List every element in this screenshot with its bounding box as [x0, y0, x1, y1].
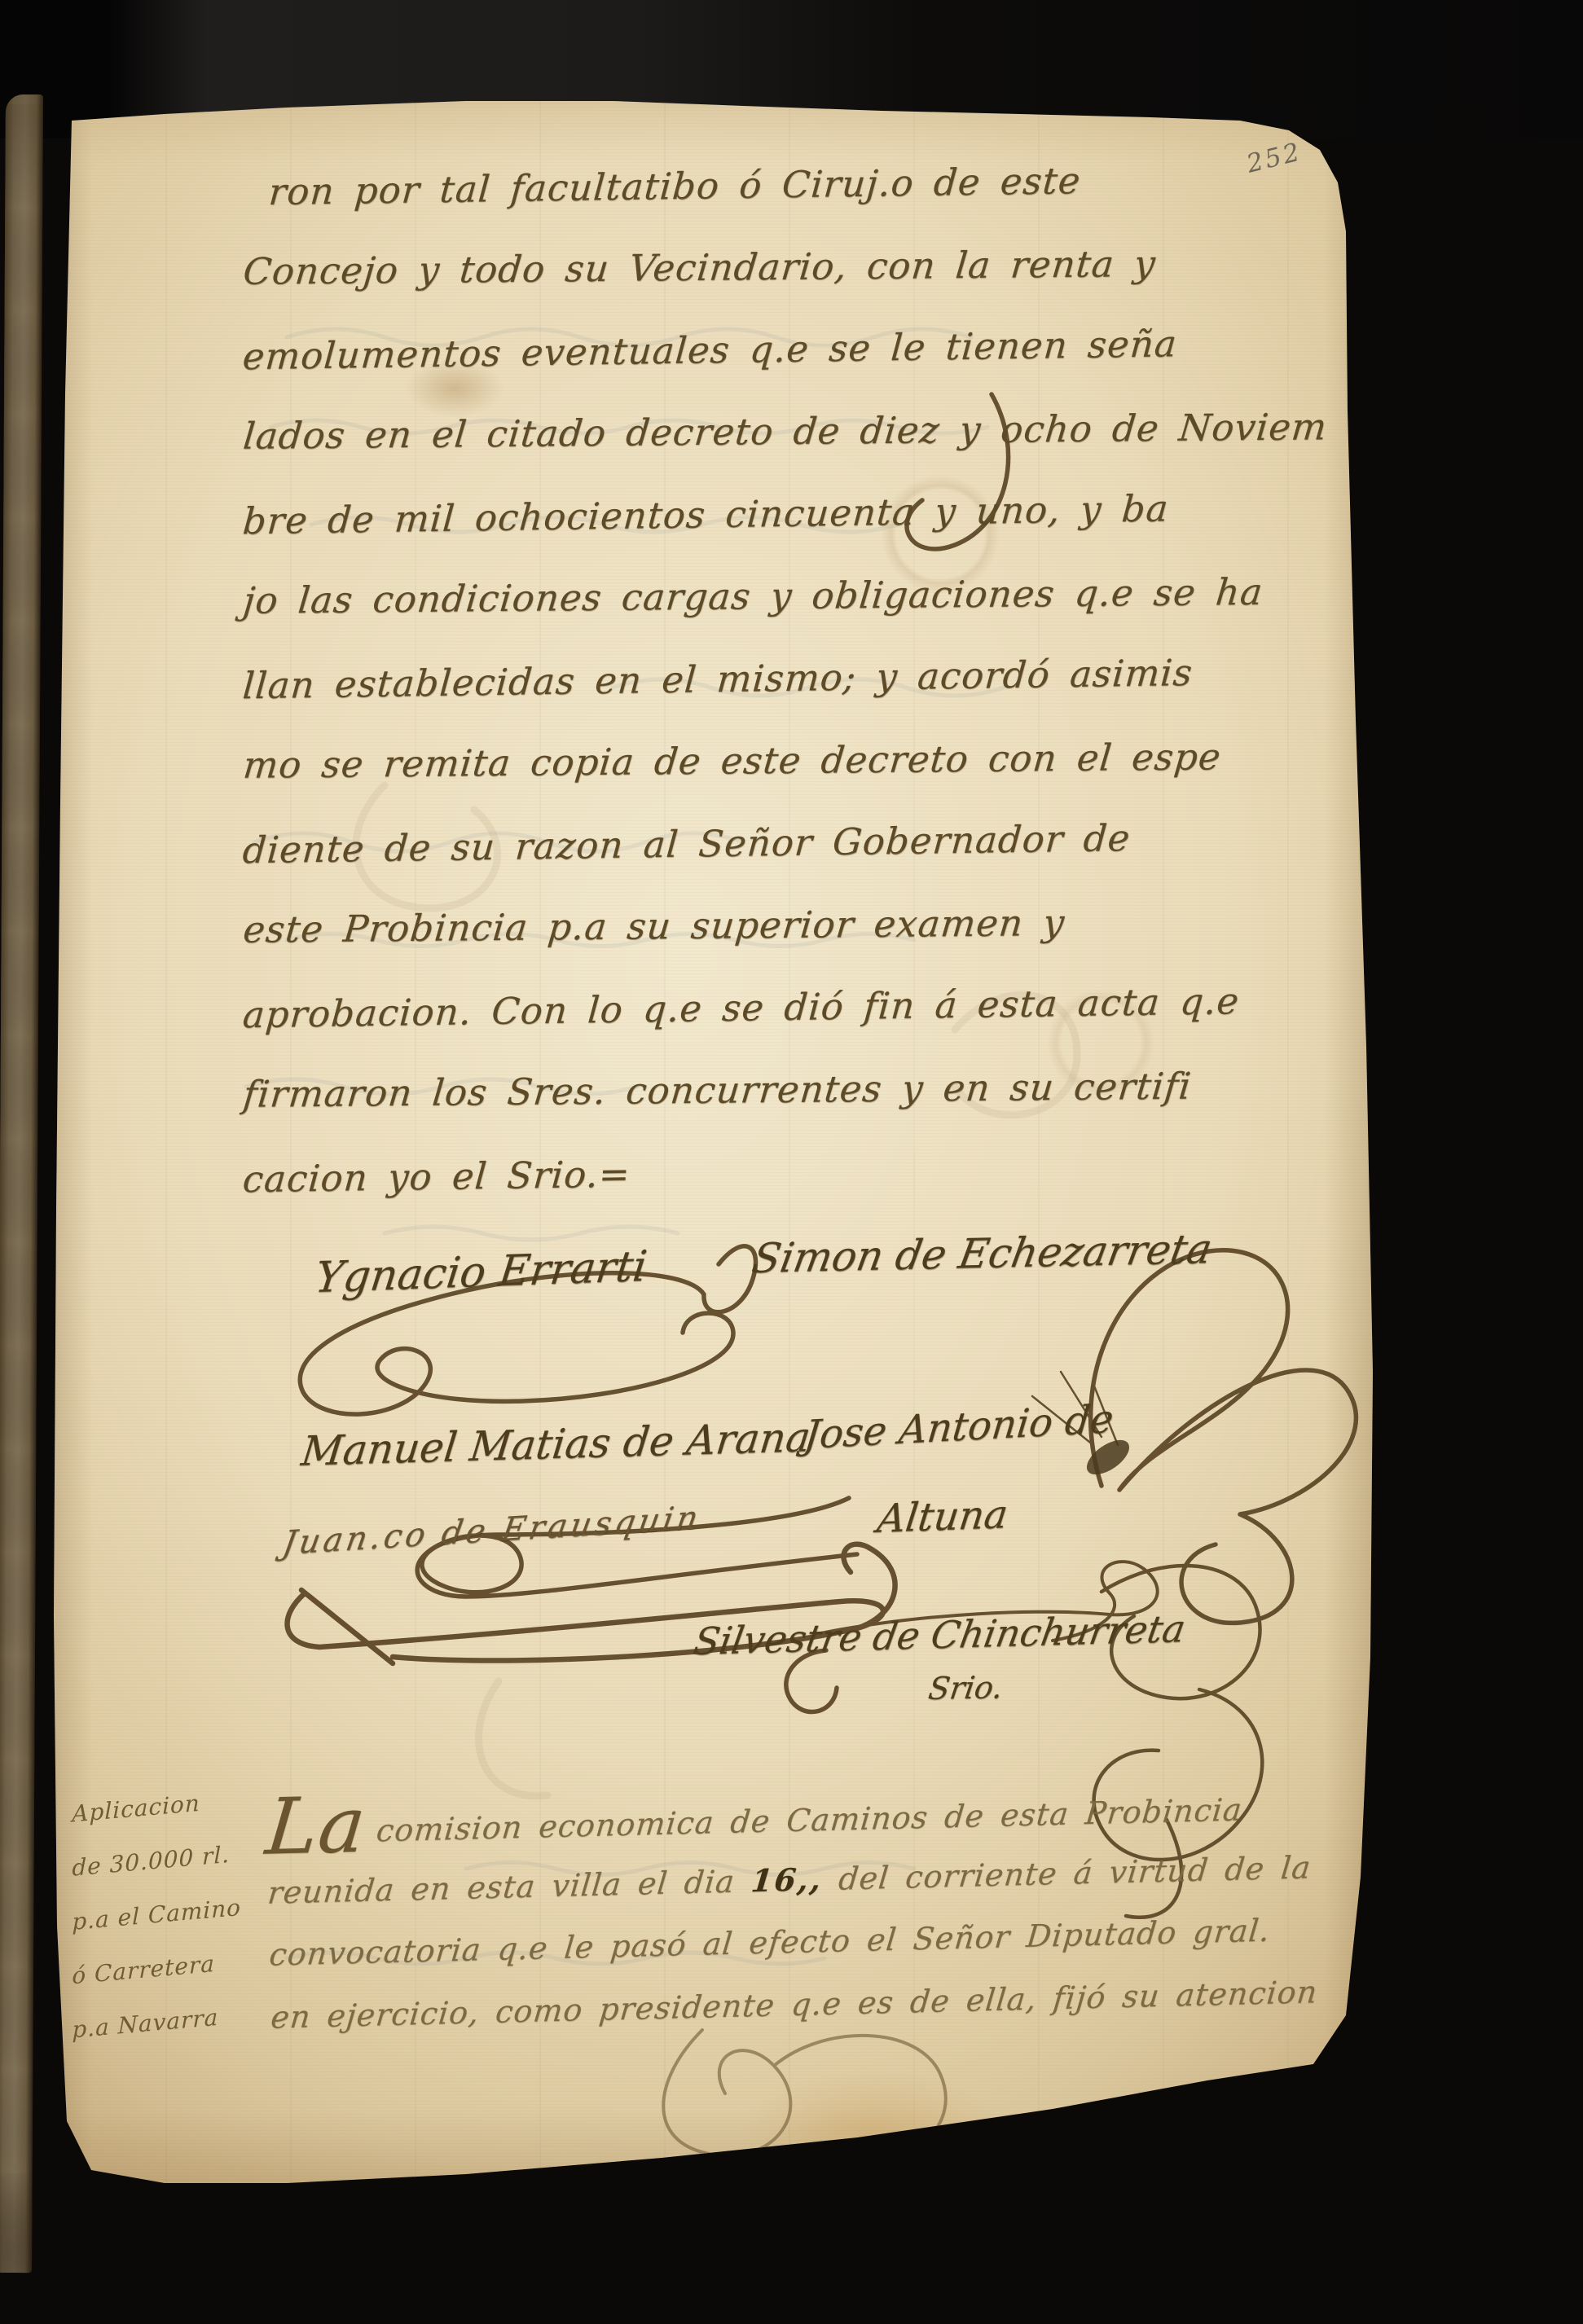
inserted-date: 16,, [750, 1861, 824, 1899]
body-line: llan establecidas en el mismo; y acordó … [239, 649, 1329, 747]
closing-line-text: comision economica de Caminos de esta Pr… [375, 1791, 1244, 1848]
previous-page-edge [0, 94, 43, 2273]
signature-jose-antonio-line2: Altuna [875, 1491, 1011, 1542]
body-line: jo las condiciones cargas y obligaciones… [238, 569, 1330, 661]
jose-rubric [1091, 1250, 1357, 1623]
body-line: ron por tal facultatibo ó Ciruj.o de est… [265, 156, 1329, 253]
photo-backdrop: 252 ron por tal facultatibo ó Ciruj.o de… [0, 0, 1583, 2324]
body-text: ron por tal facultatibo ó Ciruj.o de est… [242, 163, 1325, 1232]
signature-simon-de-echezarreta: Simon de Echezarreta [749, 1225, 1216, 1282]
signature-silvestre-de-chinchurreta: Silvestre de Chinchurreta [691, 1606, 1189, 1663]
body-line: firmaron los Sres. concurrentes y en su … [238, 1063, 1330, 1155]
signature-ygnacio-errarti: Ygnacio Errarti [312, 1242, 649, 1303]
body-line: lados en el citado decreto de diez y och… [238, 405, 1330, 497]
signature-secretary-title: Srio. [926, 1669, 1005, 1707]
body-line: mo se remita copia de este decreto con e… [238, 734, 1330, 826]
body-line: diente de su razon al Señor Gobernador d… [239, 814, 1329, 912]
body-line: Concejo y todo su Vecindario, con la ren… [238, 240, 1330, 332]
manuscript-page: 252 ron por tal facultatibo ó Ciruj.o de… [42, 68, 1383, 2186]
body-line: bre de mil ochocientos cincuenta y uno, … [239, 485, 1329, 582]
body-line: emolumentos eventuales q.e se le tienen … [239, 320, 1329, 418]
signature-manuel-matias-de-arana: Manuel Matias de Arana [299, 1413, 813, 1475]
body-line: este Probincia p.a su superior examen y [238, 898, 1330, 991]
body-line: aprobacion. Con lo q.e se dió fin á esta… [239, 978, 1329, 1076]
paragraph-initial: La [262, 1781, 371, 1873]
signature-juan-de-erausquin: Juan.co de Erausquin [280, 1499, 705, 1562]
closing-paragraph: Lacomision economica de Caminos de esta … [264, 1786, 1317, 2062]
margin-note: Aplicacion de 30.000 rl. p.a el Camino ó… [72, 1786, 241, 2070]
signature-jose-antonio-line1: Jose Antonio de [802, 1396, 1115, 1458]
